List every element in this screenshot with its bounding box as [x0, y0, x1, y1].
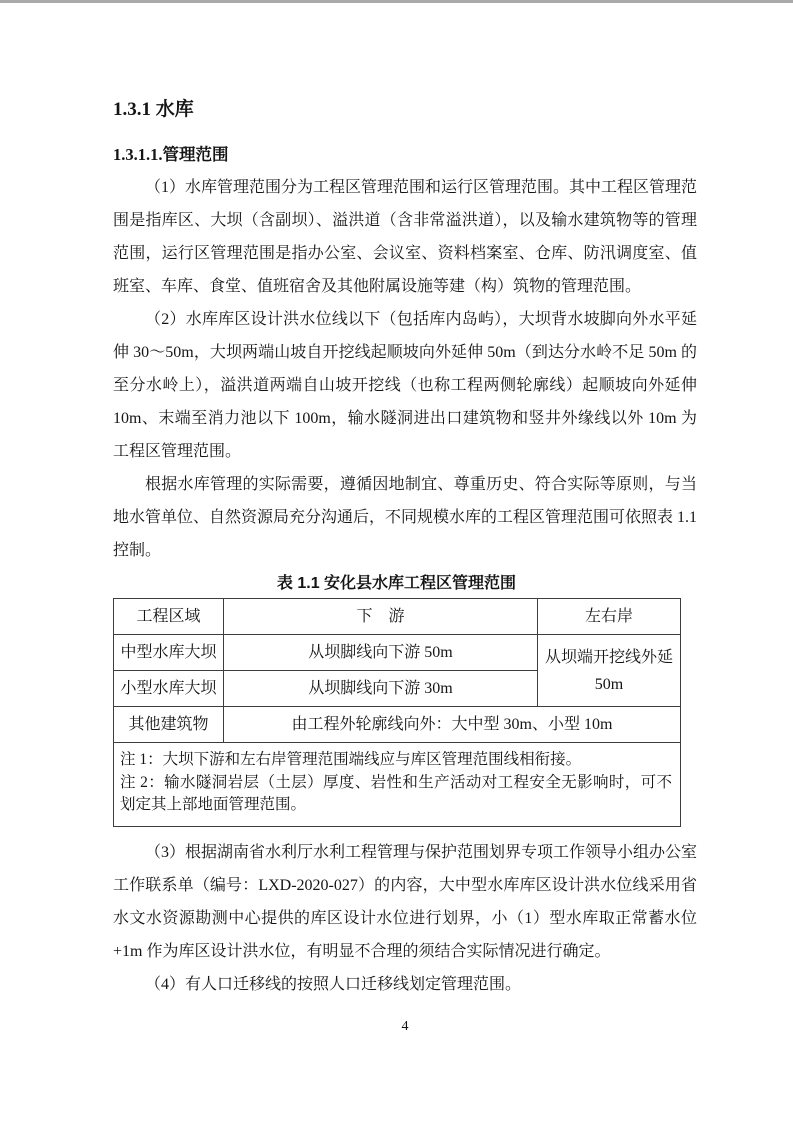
cell-other-structures-value: 由工程外轮廓线向外：大中型 30m、小型 10m — [224, 707, 681, 743]
document-page: 1.3.1 水库 1.3.1.1.管理范围 （1）水库管理范围分为工程区管理范围… — [0, 0, 793, 1122]
cell-banks-merged: 从坝端开挖线外延 50m — [538, 635, 681, 707]
table-notes-cell: 注 1：大坝下游和左右岸管理范围端线应与库区管理范围线相衔接。 注 2：输水隧洞… — [114, 743, 681, 827]
table-note-1: 注 1：大坝下游和左右岸管理范围端线应与库区管理范围线相衔接。 — [120, 749, 672, 772]
table-row-other-structures: 其他建筑物 由工程外轮廓线向外：大中型 30m、小型 10m — [114, 707, 681, 743]
header-cell-downstream: 下 游 — [224, 599, 538, 635]
table-notes-row: 注 1：大坝下游和左右岸管理范围端线应与库区管理范围线相衔接。 注 2：输水隧洞… — [114, 743, 681, 827]
table-row-medium-dam: 中型水库大坝 从坝脚线向下游 50m 从坝端开挖线外延 50m — [114, 635, 681, 671]
paragraph-management-scope-4: （3）根据湖南省水利厅水利工程管理与保护范围划界专项工作领导小组办公室工作联系单… — [113, 836, 697, 968]
header-cell-area: 工程区域 — [114, 599, 224, 635]
table-caption: 表 1.1 安化县水库工程区管理范围 — [113, 573, 680, 595]
page-top-edge-line — [0, 0, 793, 3]
paragraph-management-scope-1: （1）水库管理范围分为工程区管理范围和运行区管理范围。其中工程区管理范围是指库区… — [113, 171, 697, 303]
subsection-heading: 1.3.1.1.管理范围 — [113, 143, 697, 167]
cell-downstream-small: 从坝脚线向下游 30m — [224, 671, 538, 707]
document-content: 1.3.1 水库 1.3.1.1.管理范围 （1）水库管理范围分为工程区管理范围… — [0, 0, 793, 1036]
section-heading: 1.3.1 水库 — [113, 97, 697, 123]
table-note-2: 注 2：输水隧洞岩层（土层）厚度、岩性和生产活动对工程安全无影响时，可不划定其上… — [120, 772, 672, 817]
table-block: 表 1.1 安化县水库工程区管理范围 工程区域 下 游 左右岸 中型水库大坝 — [113, 573, 680, 827]
paragraph-management-scope-5: （4）有人口迁移线的按照人口迁移线划定管理范围。 — [113, 968, 697, 1001]
management-scope-table: 工程区域 下 游 左右岸 中型水库大坝 从坝脚线向下游 50m 从坝端开挖线外延… — [113, 598, 681, 827]
header-cell-banks: 左右岸 — [538, 599, 681, 635]
table-header-row: 工程区域 下 游 左右岸 — [114, 599, 681, 635]
paragraph-management-scope-2: （2）水库库区设计洪水位线以下（包括库内岛屿），大坝背水坡脚向外水平延伸 30～… — [113, 303, 697, 468]
cell-area-other: 其他建筑物 — [114, 707, 224, 743]
cell-area-small: 小型水库大坝 — [114, 671, 224, 707]
cell-area-medium: 中型水库大坝 — [114, 635, 224, 671]
paragraph-management-scope-3: 根据水库管理的实际需要，遵循因地制宜、尊重历史、符合实际等原则，与当地水管单位、… — [113, 468, 697, 567]
cell-downstream-medium: 从坝脚线向下游 50m — [224, 635, 538, 671]
page-number: 4 — [113, 1018, 697, 1036]
